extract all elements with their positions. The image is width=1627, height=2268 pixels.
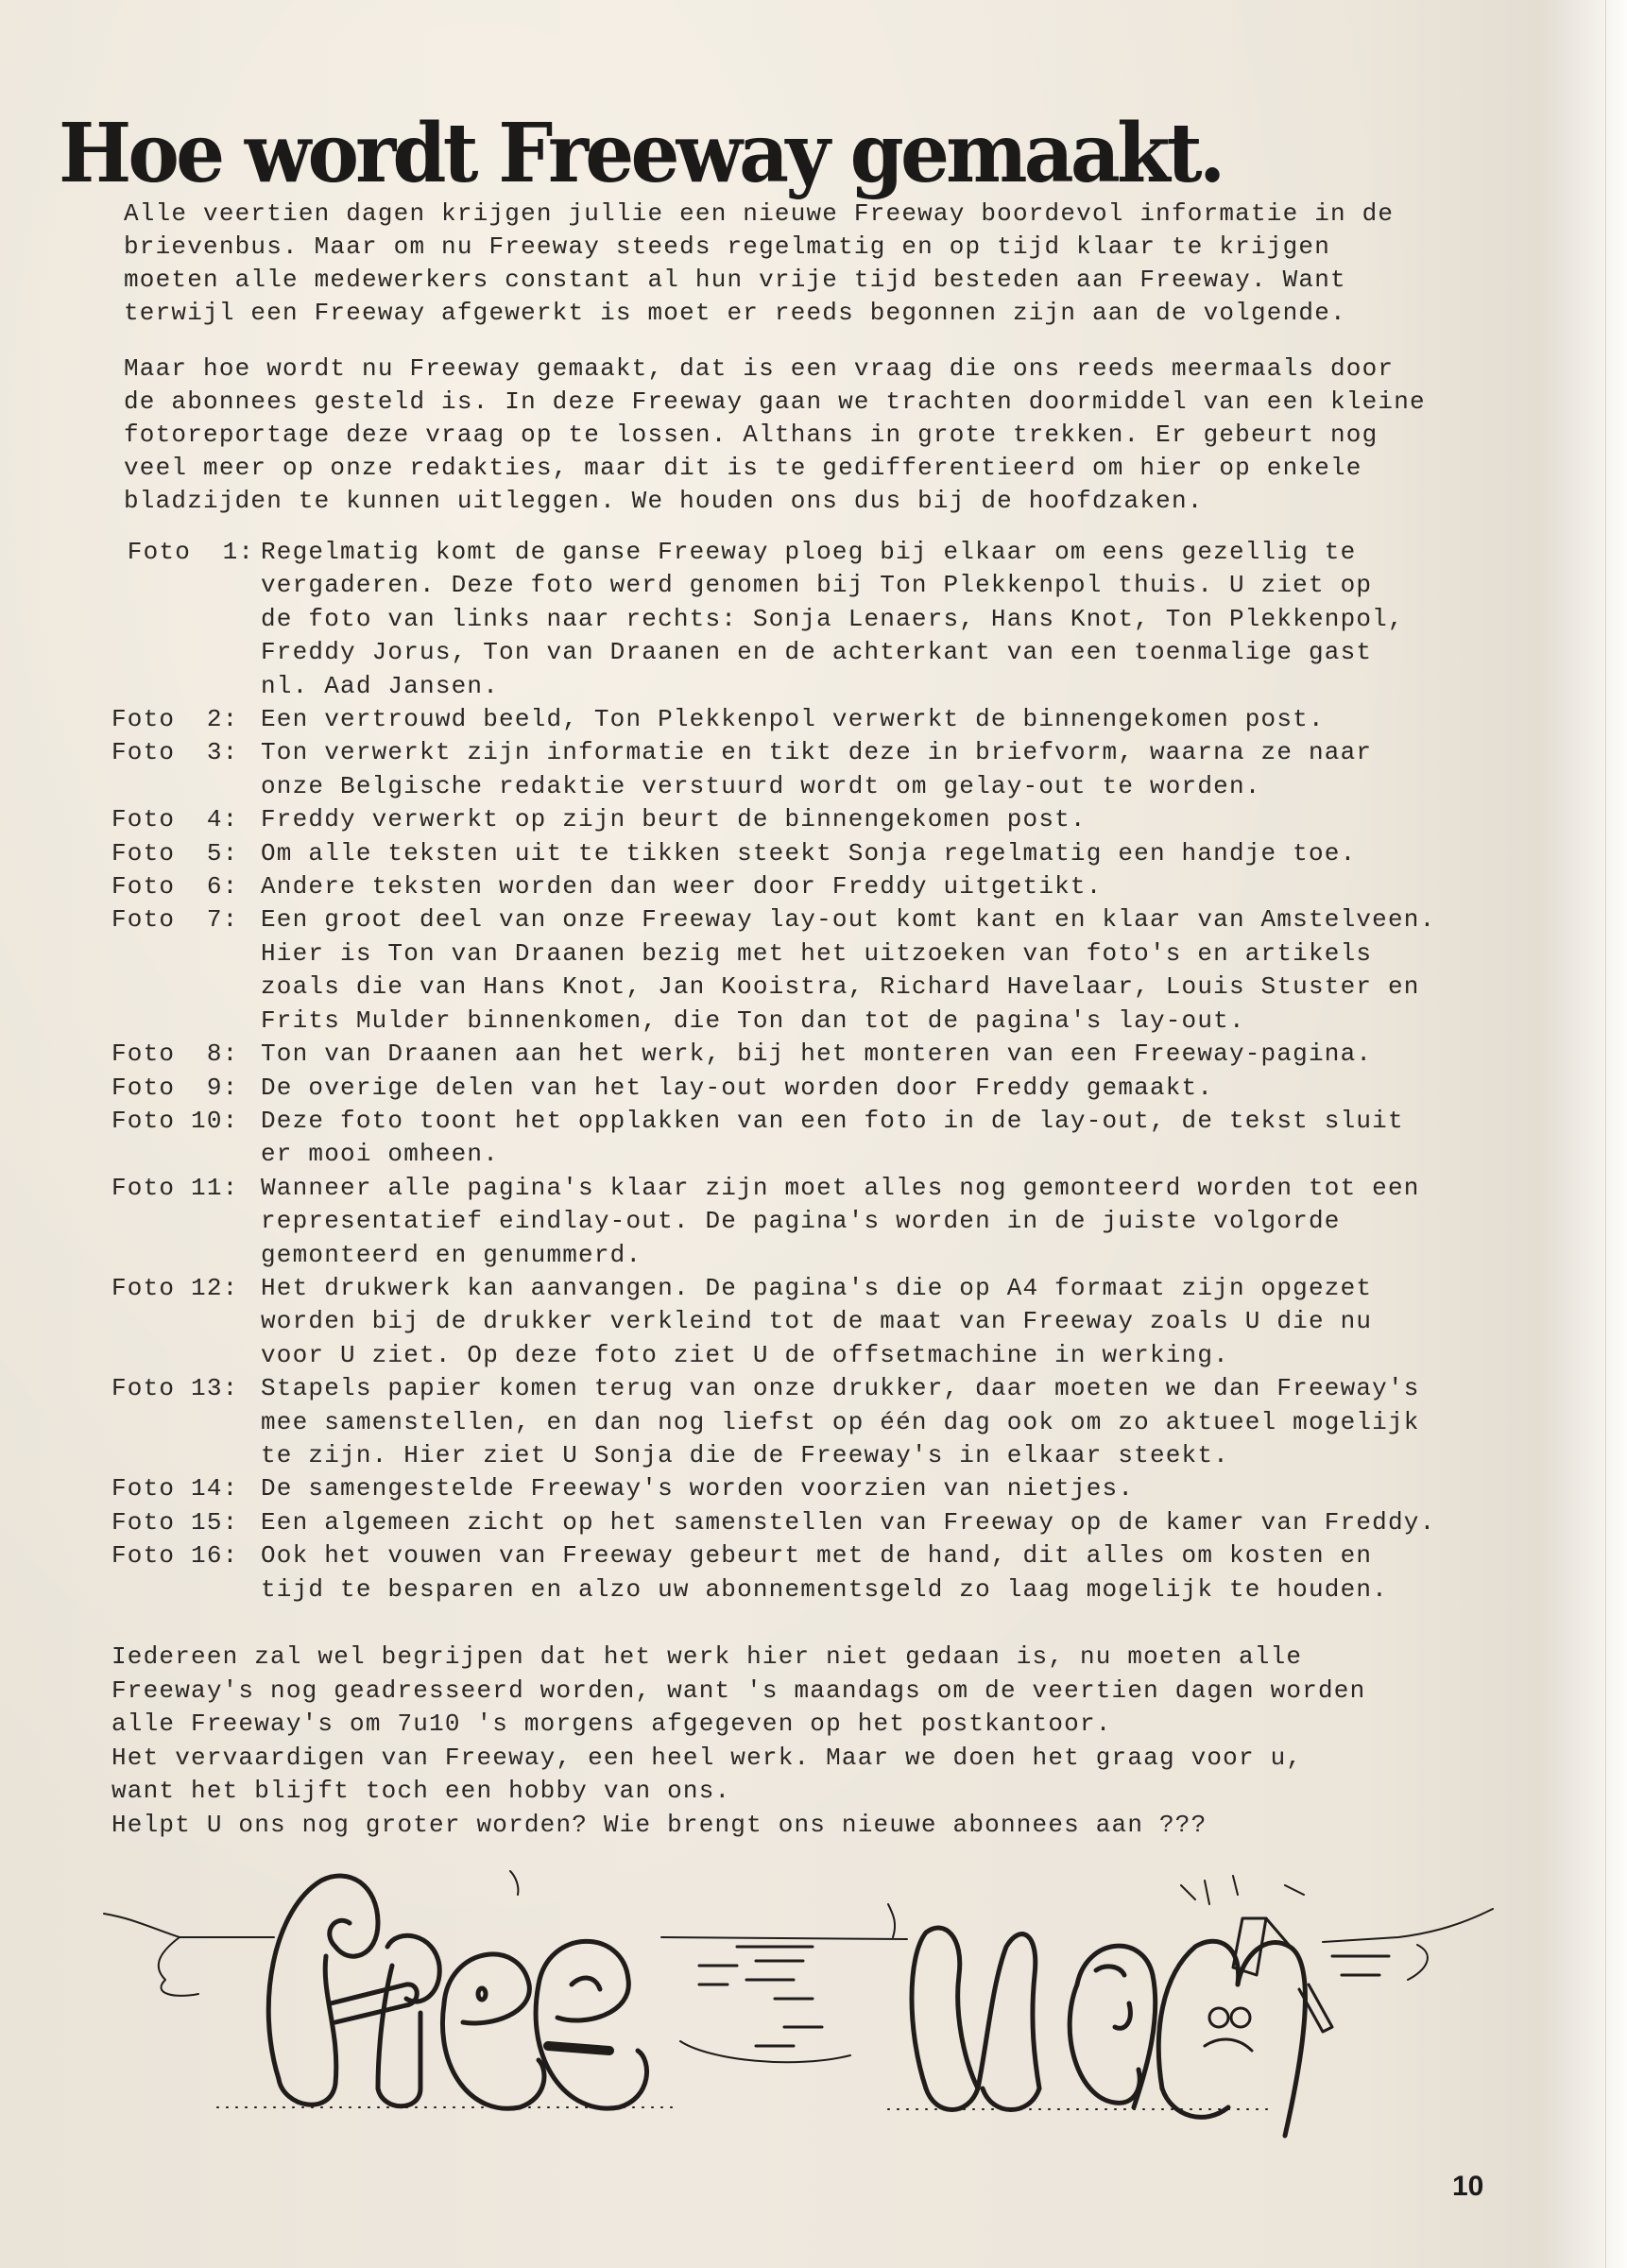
page-edge	[1605, 0, 1627, 2268]
photo-caption-item: Foto 15:Een algemeen zicht op het samens…	[111, 1506, 1529, 1539]
photo-caption-item: Foto 13:Stapels papier komen terug van o…	[111, 1372, 1529, 1472]
motion-lines-icon	[510, 1871, 1304, 1937]
photo-caption-list: Foto 1:Regelmatig komt de ganse Freeway …	[111, 536, 1529, 1606]
letter-a-character-icon	[1070, 1946, 1156, 2107]
photo-label: Foto 10:	[111, 1105, 261, 1172]
photo-caption-item: Foto 8:Ton van Draanen aan het werk, bij…	[111, 1038, 1529, 1071]
photo-caption-item: Foto 6:Andere teksten worden dan weer do…	[111, 870, 1529, 903]
axe-icon	[1233, 1918, 1332, 2032]
photo-caption: Wanneer alle pagina's klaar zijn moet al…	[261, 1172, 1529, 1272]
photo-label: Foto 4:	[111, 803, 261, 836]
photo-caption: Deze foto toont het opplakken van een fo…	[261, 1105, 1529, 1172]
photo-caption-item: Foto 10:Deze foto toont het opplakken va…	[111, 1105, 1529, 1172]
letter-f-character-icon	[268, 1876, 417, 2105]
photo-caption-item: Foto 16:Ook het vouwen van Freeway gebeu…	[111, 1539, 1529, 1606]
photo-label: Foto 12:	[111, 1272, 261, 1372]
photo-caption: Om alle teksten uit te tikken steekt Son…	[261, 837, 1529, 870]
page-number: 10	[1452, 2171, 1483, 2203]
photo-label: Foto 5:	[111, 837, 261, 870]
closing-paragraph: Iedereen zal wel begrijpen dat het werk …	[111, 1641, 1510, 1842]
letter-e-character-icon	[442, 1954, 544, 2108]
intro-paragraph-2: Maar hoe wordt nu Freeway gemaakt, dat i…	[124, 352, 1522, 518]
photo-caption: De samengestelde Freeway's worden voorzi…	[261, 1472, 1529, 1505]
photo-caption: Ton verwerkt zijn informatie en tikt dez…	[261, 736, 1529, 803]
page-title: Hoe wordt Freeway gemaakt.	[59, 113, 1222, 195]
photo-caption: Freddy verwerkt op zijn beurt de binneng…	[261, 803, 1529, 836]
photo-caption-item: Foto 12:Het drukwerk kan aanvangen. De p…	[111, 1272, 1529, 1372]
photo-label: Foto 3:	[111, 736, 261, 803]
beach-horizon-icon	[104, 1909, 1493, 2062]
ground-stipple-icon	[217, 2107, 1276, 2109]
photo-caption: Een groot deel van onze Freeway lay-out …	[261, 903, 1529, 1038]
photo-label: Foto 9:	[111, 1072, 261, 1105]
freeway-cartoon-illustration	[94, 1843, 1512, 2145]
photo-label: Foto 15:	[111, 1506, 261, 1539]
photo-label: Foto 1:	[111, 536, 261, 703]
letter-y-character-icon	[1158, 1941, 1305, 2136]
water-waves-icon	[699, 1947, 1389, 2046]
photo-label: Foto 6:	[111, 870, 261, 903]
photo-caption: Ton van Draanen aan het werk, bij het mo…	[261, 1038, 1529, 1071]
photo-caption-item: Foto 9:De overige delen van het lay-out …	[111, 1072, 1529, 1105]
photo-label: Foto 8:	[111, 1038, 261, 1071]
photo-label: Foto 7:	[111, 903, 261, 1038]
photo-caption-item: Foto 3:Ton verwerkt zijn informatie en t…	[111, 736, 1529, 803]
letter-e-character-icon	[536, 1941, 646, 2108]
photo-caption: Ook het vouwen van Freeway gebeurt met d…	[261, 1539, 1529, 1606]
photo-label: Foto 14:	[111, 1472, 261, 1505]
photo-caption-item: Foto 1:Regelmatig komt de ganse Freeway …	[111, 536, 1529, 703]
intro-paragraph-1: Alle veertien dagen krijgen jullie een n…	[124, 198, 1522, 330]
photo-label: Foto 16:	[111, 1539, 261, 1606]
photo-caption: Stapels papier komen terug van onze druk…	[261, 1372, 1529, 1472]
letter-w-character-icon	[912, 1928, 1039, 2109]
photo-caption-item: Foto 4:Freddy verwerkt op zijn beurt de …	[111, 803, 1529, 836]
photo-caption: De overige delen van het lay-out worden …	[261, 1072, 1529, 1105]
photo-caption: Een vertrouwd beeld, Ton Plekkenpol verw…	[261, 703, 1529, 736]
letter-r-character-icon	[378, 1935, 439, 2105]
photo-caption-item: Foto 11:Wanneer alle pagina's klaar zijn…	[111, 1172, 1529, 1272]
photo-caption: Regelmatig komt de ganse Freeway ploeg b…	[261, 536, 1529, 703]
photo-caption-item: Foto 2:Een vertrouwd beeld, Ton Plekkenp…	[111, 703, 1529, 736]
photo-caption: Een algemeen zicht op het samenstellen v…	[261, 1506, 1529, 1539]
photo-caption: Het drukwerk kan aanvangen. De pagina's …	[261, 1272, 1529, 1372]
photo-label: Foto 13:	[111, 1372, 261, 1472]
photo-caption-item: Foto 5:Om alle teksten uit te tikken ste…	[111, 837, 1529, 870]
photo-caption: Andere teksten worden dan weer door Fred…	[261, 870, 1529, 903]
photo-label: Foto 11:	[111, 1172, 261, 1272]
photo-caption-item: Foto 7:Een groot deel van onze Freeway l…	[111, 903, 1529, 1038]
photo-caption-item: Foto 14:De samengestelde Freeway's worde…	[111, 1472, 1529, 1505]
photo-label: Foto 2:	[111, 703, 261, 736]
